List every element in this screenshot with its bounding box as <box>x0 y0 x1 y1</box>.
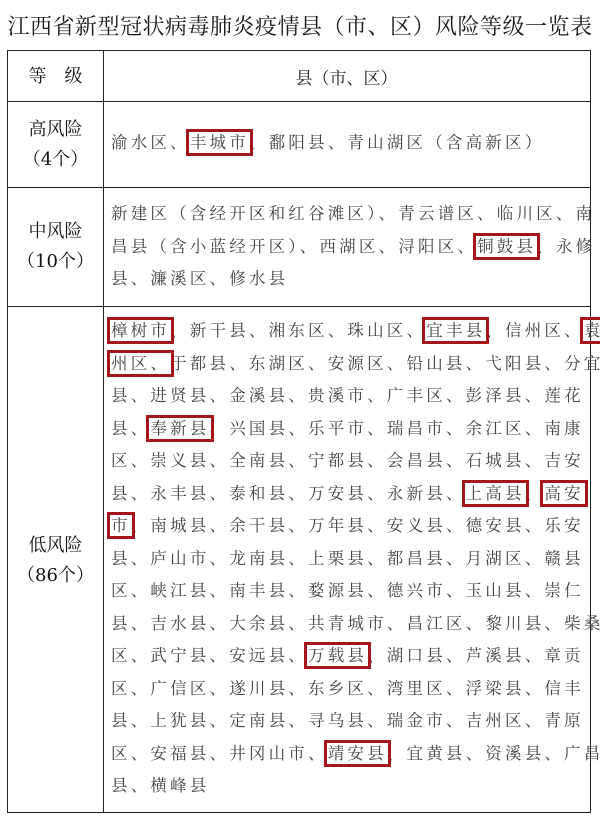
county-text: 县、濂溪区、修水县 <box>111 269 288 288</box>
county-text: 区、安福县、井冈山市、 <box>111 744 328 763</box>
highlighted-county: 靖安县 <box>328 744 387 763</box>
county-text: 区、广信区、遂川县、东乡区、湾里区、浮梁县、信丰 <box>111 679 584 698</box>
level-medium-count: （10个） <box>17 247 94 277</box>
county-line: 区、广信区、遂川县、东乡区、湾里区、浮梁县、信丰 <box>111 673 584 706</box>
header-counties-label: 县（市、区） <box>296 64 398 89</box>
county-text: 区、武宁县、安远县、 <box>111 646 308 665</box>
county-line: 县、横峰县 <box>111 770 584 803</box>
county-line: 县、庐山市、龙南县、上栗县、都昌县、月湖区、赣县 <box>111 543 584 576</box>
county-line: 渝水区、丰城市、鄱阳县、青山湖区（含高新区） <box>111 127 584 160</box>
county-text: 新建区（含经开区和红谷滩区）、青云谱区、临川区、南 <box>111 204 595 223</box>
county-text: 县、庐山市、龙南县、上栗县、都昌县、月湖区、赣县 <box>111 549 584 568</box>
county-text: 昌县（含小蓝经开区）、西湖区、浔阳区、 <box>111 237 477 256</box>
level-low-count: （86个） <box>17 561 94 591</box>
level-high: 高风险 （4个） <box>8 102 103 187</box>
header-level-label: 等 级 <box>29 62 83 92</box>
header-counties: 县（市、区） <box>103 51 590 102</box>
county-line: 州区、于都县、东湖区、安源区、铅山县、弋阳县、分宜 <box>111 348 584 381</box>
county-line: 昌县（含小蓝经开区）、西湖区、浔阳区、铜鼓县、永修 <box>111 231 584 264</box>
county-line: 县、吉水县、大余县、共青城市、昌江区、黎川县、柴桑 <box>111 608 584 641</box>
county-line: 市、南城县、余干县、万年县、安义县、德安县、乐安 <box>111 510 584 543</box>
county-text: 县、进贤县、金溪县、贵溪市、广丰区、彭泽县、莲花 <box>111 386 584 405</box>
level-low: 低风险 （86个） <box>8 307 103 814</box>
risk-level-table: 等 级 县（市、区） 高风险 （4个） 渝水区、丰城市、鄱阳县、青山湖区（含高新… <box>7 50 591 813</box>
highlighted-county: 上高县 <box>466 484 525 503</box>
county-text: 、信州区、 <box>485 321 584 340</box>
highlighted-county: 樟树市 <box>111 321 170 340</box>
highlighted-county: 万载县 <box>308 646 367 665</box>
level-medium-label: 中风险 <box>29 217 83 247</box>
county-text: 、永修 <box>536 237 595 256</box>
county-line: 县、永丰县、泰和县、万安县、永新县、上高县、高安 <box>111 478 584 511</box>
county-text: 县、永丰县、泰和县、万安县、永新县、 <box>111 484 466 503</box>
county-text: 区、峡江县、南丰县、婺源县、德兴市、玉山县、崇仁 <box>111 581 584 600</box>
highlighted-county: 宜丰县 <box>426 321 485 340</box>
county-line: 县、濂溪区、修水县 <box>111 263 584 296</box>
level-low-label: 低风险 <box>29 531 83 561</box>
county-line: 新建区（含经开区和红谷滩区）、青云谱区、临川区、南 <box>111 198 584 231</box>
counties-high: 渝水区、丰城市、鄱阳县、青山湖区（含高新区） <box>111 127 584 160</box>
counties-medium: 新建区（含经开区和红谷滩区）、青云谱区、临川区、南昌县（含小蓝经开区）、西湖区、… <box>111 198 584 296</box>
county-text: 、兴国县、乐平市、瑞昌市、余江区、南康 <box>210 419 584 438</box>
page-title: 江西省新型冠状病毒肺炎疫情县（市、区）风险等级一览表 <box>0 10 600 41</box>
county-text: 区、崇义县、全南县、宁都县、会昌县、石城县、吉安 <box>111 451 584 470</box>
county-text: 县、吉水县、大余县、共青城市、昌江区、黎川县、柴桑 <box>111 614 600 633</box>
counties-low: 樟树市、新干县、湘东区、珠山区、宜丰县、信州区、袁州区、于都县、东湖区、安源区、… <box>111 315 584 803</box>
highlighted-county: 袁 <box>584 321 600 340</box>
county-line: 区、崇义县、全南县、宁都县、会昌县、石城县、吉安 <box>111 445 584 478</box>
highlighted-county: 高安 <box>544 484 583 503</box>
county-text: 县、 <box>111 419 150 438</box>
county-text: 、湖口县、芦溪县、章贡 <box>367 646 584 665</box>
highlighted-county: 奉新县 <box>150 419 209 438</box>
county-line: 县、奉新县、兴国县、乐平市、瑞昌市、余江区、南康 <box>111 413 584 446</box>
level-high-count: （4个） <box>23 145 88 175</box>
county-text: 渝水区、 <box>111 133 190 152</box>
county-line: 樟树市、新干县、湘东区、珠山区、宜丰县、信州区、袁 <box>111 315 584 348</box>
county-text: 、宜黄县、资溪县、广昌 <box>387 744 600 763</box>
county-text: 、鄱阳县、青山湖区（含高新区） <box>249 133 545 152</box>
county-line: 区、安福县、井冈山市、靖安县、宜黄县、资溪县、广昌 <box>111 738 584 771</box>
county-text: 、 <box>525 484 545 503</box>
highlighted-county: 市 <box>111 516 131 535</box>
highlighted-county: 丰城市 <box>190 133 249 152</box>
county-text: 、新干县、湘东区、珠山区、 <box>170 321 426 340</box>
highlighted-county: 铜鼓县 <box>477 237 536 256</box>
level-high-label: 高风险 <box>29 115 83 145</box>
column-divider <box>103 51 104 812</box>
level-medium: 中风险 （10个） <box>8 188 103 306</box>
county-line: 县、进贤县、金溪县、贵溪市、广丰区、彭泽县、莲花 <box>111 380 584 413</box>
county-text: 、南城县、余干县、万年县、安义县、德安县、乐安 <box>131 516 584 535</box>
county-line: 区、武宁县、安远县、万载县、湖口县、芦溪县、章贡 <box>111 640 584 673</box>
county-line: 县、上犹县、定南县、寻乌县、瑞金市、吉州区、青原 <box>111 705 584 738</box>
county-line: 区、峡江县、南丰县、婺源县、德兴市、玉山县、崇仁 <box>111 575 584 608</box>
county-text: 县、上犹县、定南县、寻乌县、瑞金市、吉州区、青原 <box>111 711 584 730</box>
county-text: 于都县、东湖区、安源区、铅山县、弋阳县、分宜 <box>170 354 600 373</box>
header-level: 等 级 <box>8 51 103 102</box>
county-text: 县、横峰县 <box>111 776 210 795</box>
highlighted-county: 州区、 <box>111 354 170 373</box>
